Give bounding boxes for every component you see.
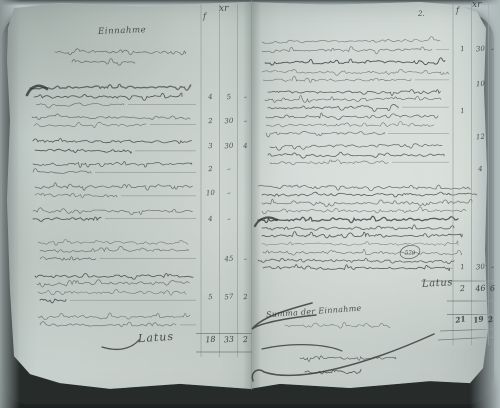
amount-cell: –	[221, 215, 238, 223]
amount-cell: 10	[202, 189, 220, 197]
script-line	[33, 169, 91, 174]
signature-flourish	[262, 345, 342, 351]
script-line	[265, 58, 445, 65]
script-line	[33, 162, 192, 168]
script-line	[262, 225, 454, 230]
amount-cell: 2	[485, 315, 495, 324]
amount-cell: –	[221, 189, 238, 197]
script-line	[40, 257, 96, 261]
page-mark: 2.	[418, 11, 425, 18]
page-heading: Einnahme	[98, 26, 147, 36]
column-header-florin-right: f	[456, 7, 459, 15]
amount-cell: –	[488, 46, 498, 54]
amount-cell: 2	[239, 335, 253, 344]
script-line	[285, 322, 390, 328]
amount-cell: 30	[221, 142, 238, 150]
script-line	[263, 76, 411, 82]
amount-cell: 33	[221, 335, 238, 344]
script-line	[258, 216, 458, 222]
script-line	[72, 59, 135, 66]
script-line	[258, 185, 470, 191]
script-line	[262, 199, 472, 207]
script-line	[55, 49, 186, 55]
script-line	[32, 114, 190, 120]
amount-cell: 30	[221, 117, 238, 125]
stamp-number: 579	[405, 251, 416, 257]
amount-cell: 4	[473, 165, 489, 173]
script-line	[262, 207, 466, 214]
script-line	[262, 47, 432, 54]
script-line	[40, 299, 66, 303]
amount-cell: 4	[202, 215, 220, 223]
latus-flourish	[102, 340, 139, 349]
column-header-kreuzer-right: xr	[472, 1, 481, 10]
script-line	[262, 69, 449, 75]
amount-cell: 2	[202, 165, 220, 173]
amount-cell: 5	[202, 293, 220, 301]
amount-cell: 4	[239, 142, 253, 150]
latus-label-right: Latus	[422, 278, 454, 290]
amount-cell: –	[239, 117, 253, 125]
script-line	[35, 273, 193, 279]
script-line	[263, 249, 462, 255]
script-line	[268, 104, 398, 111]
script-line	[300, 356, 396, 361]
signature-flourish	[252, 334, 434, 381]
script-line	[40, 322, 176, 327]
script-line	[270, 160, 388, 165]
amount-cell: 30	[473, 45, 489, 53]
amount-cell: 12	[473, 133, 489, 141]
script-line	[33, 139, 191, 144]
initial-flourish	[27, 86, 47, 95]
amount-cell: 57	[221, 293, 238, 301]
amount-cell: 2	[239, 293, 253, 301]
script-line	[38, 290, 186, 296]
amount-cell: –	[239, 93, 253, 101]
script-line	[38, 313, 190, 320]
amount-cell: 10	[473, 80, 489, 88]
amount-cell: 46	[473, 284, 489, 293]
amount-cell: –	[221, 165, 238, 173]
script-line	[268, 90, 440, 96]
script-line	[262, 37, 440, 44]
total-rule	[438, 337, 496, 340]
amount-cell: –	[488, 264, 498, 272]
script-line	[262, 241, 458, 246]
column-header-florin-left: f	[203, 13, 206, 21]
column-header-kreuzer-left: xr	[219, 5, 228, 14]
script-line	[268, 152, 444, 158]
script-line	[38, 240, 188, 246]
script-line	[266, 121, 434, 127]
script-line	[263, 265, 450, 271]
amount-cell: 45	[221, 255, 238, 263]
amount-cell: 2	[202, 117, 220, 125]
script-line	[265, 95, 441, 102]
script-line	[262, 232, 462, 238]
amount-cell: 1	[454, 107, 472, 115]
script-line	[37, 280, 189, 287]
total-rule	[440, 329, 496, 331]
amount-cell: 4	[202, 93, 220, 101]
script-line	[270, 144, 442, 151]
script-line	[266, 113, 438, 120]
script-line	[40, 246, 189, 252]
amount-cell: 3	[202, 142, 220, 150]
script-line	[30, 84, 191, 90]
script-line	[35, 193, 117, 197]
script-line	[266, 131, 385, 136]
script-line	[258, 258, 454, 263]
amount-cell: 2	[454, 284, 472, 293]
handwriting-layer: 579	[0, 0, 500, 408]
script-line	[36, 103, 124, 108]
amount-cell: 6	[488, 285, 498, 294]
amount-cell: 1	[454, 45, 472, 53]
script-line	[33, 208, 193, 215]
script-line	[262, 192, 477, 197]
amount-cell: 18	[202, 335, 220, 344]
manuscript-photo: 579 Einnahme f xr f xr 2. Latus Latus Su…	[0, 0, 500, 408]
script-line	[34, 93, 182, 100]
amount-cell: 5	[221, 93, 238, 101]
script-line	[35, 149, 131, 153]
amount-cell: 1	[454, 263, 472, 271]
latus-label-left: Latus	[138, 331, 175, 344]
script-line	[35, 183, 192, 191]
script-line	[34, 122, 146, 128]
script-line	[33, 217, 101, 221]
amount-cell: 30	[473, 263, 489, 271]
amount-cell: –	[239, 255, 253, 263]
